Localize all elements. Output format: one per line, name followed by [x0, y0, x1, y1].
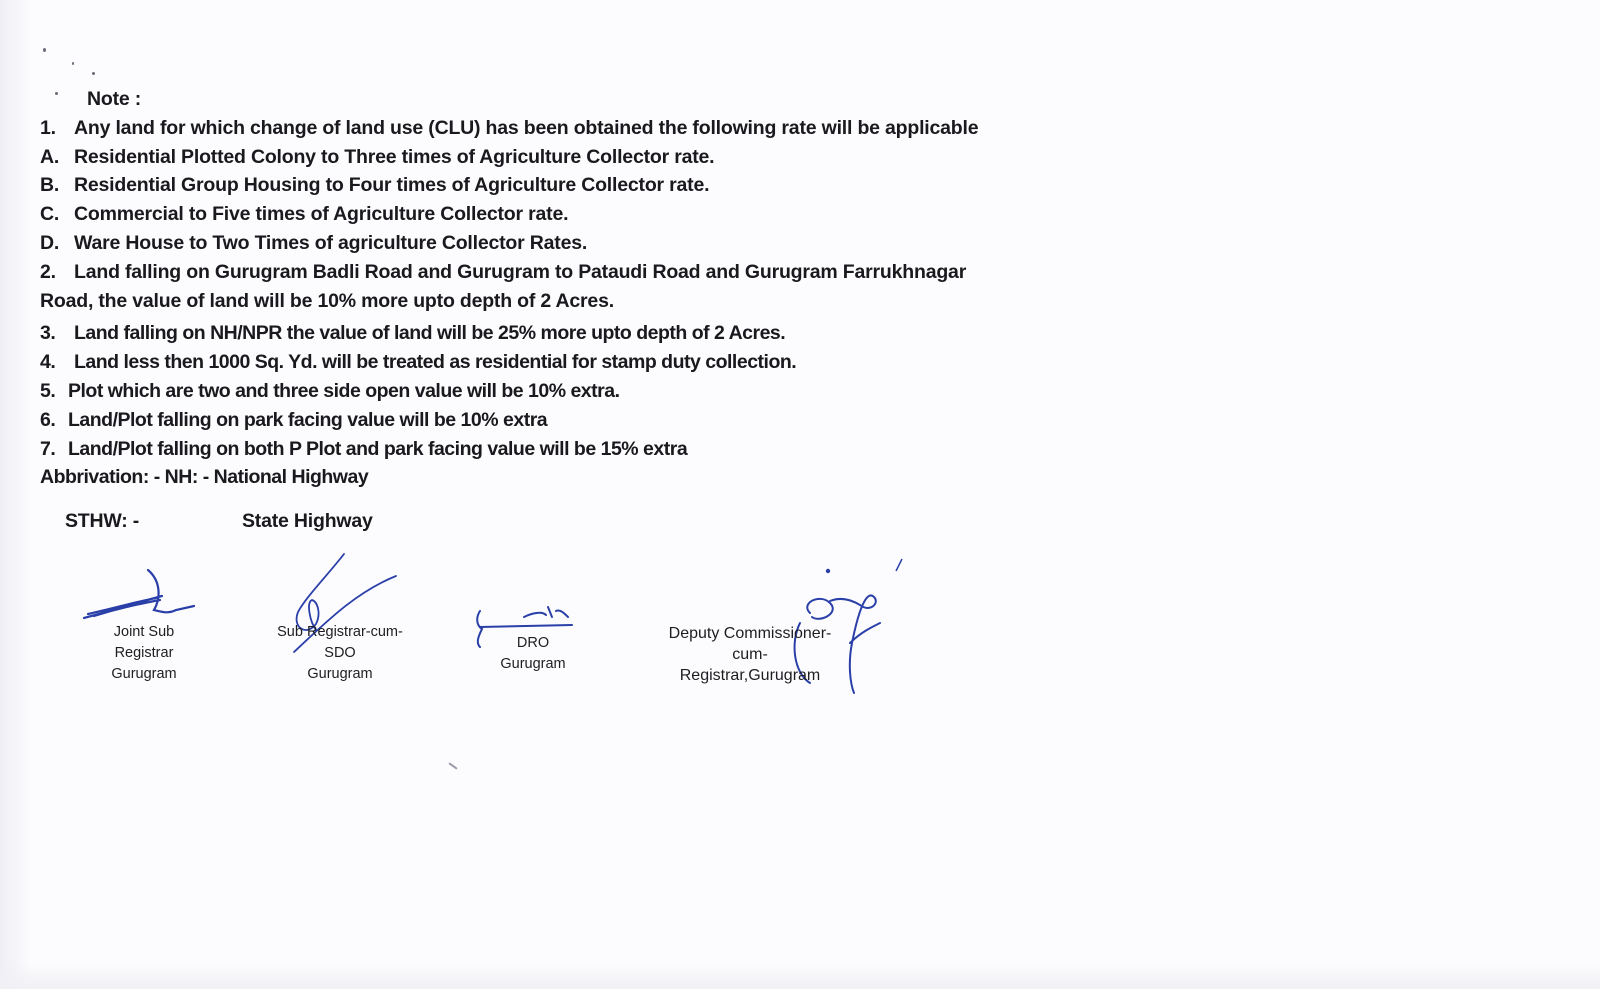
sthw-value: State Highway — [242, 510, 373, 533]
signatory-dro: DRO Gurugram — [478, 633, 588, 675]
scan-speck — [43, 48, 46, 52]
item-text: Plot which are two and three side open v… — [68, 380, 620, 402]
note-item-7: 7.Land/Plot falling on both P Plot and p… — [40, 438, 687, 461]
note-item-1: 1.Any land for which change of land use … — [40, 117, 978, 140]
item-marker: A. — [40, 146, 74, 169]
item-marker: 3. — [40, 322, 74, 345]
item-marker: 1. — [40, 117, 74, 140]
scan-bottom-shadow — [0, 964, 1600, 989]
note-item-2: 2.Land falling on Gurugram Badli Road an… — [40, 261, 966, 284]
note-item-c: C.Commercial to Five times of Agricultur… — [40, 203, 568, 226]
item-text: Road, the value of land will be 10% more… — [40, 290, 614, 312]
item-marker: C. — [40, 203, 74, 226]
item-text: Residential Group Housing to Four times … — [74, 174, 709, 196]
item-marker: 5. — [40, 380, 68, 403]
signatory-joint-sub-registrar: Joint Sub Registrar Gurugram — [84, 622, 204, 685]
abbreviation-line: Abbrivation: - NH: - National Highway — [40, 466, 368, 489]
note-heading: Note : — [87, 88, 141, 111]
item-marker: B. — [40, 174, 74, 197]
scan-speck — [448, 762, 457, 769]
signatory-title: DRO Gurugram — [478, 633, 588, 675]
sthw-key: STHW: - — [65, 510, 139, 533]
item-text: Land less then 1000 Sq. Yd. will be trea… — [74, 351, 796, 373]
item-marker: 6. — [40, 409, 68, 432]
item-text: Land/Plot falling on park facing value w… — [68, 409, 547, 431]
signatory-title: Deputy Commissioner- cum- Registrar,Guru… — [650, 623, 850, 686]
note-item-a: A.Residential Plotted Colony to Three ti… — [40, 146, 714, 169]
note-item-b: B.Residential Group Housing to Four time… — [40, 174, 709, 197]
item-text: Land falling on Gurugram Badli Road and … — [74, 261, 966, 283]
item-marker: 7. — [40, 438, 68, 461]
scan-edge-shadow — [0, 0, 30, 989]
item-text: Any land for which change of land use (C… — [74, 117, 978, 139]
signatory-sub-registrar-sdo: Sub Registrar-cum- SDO Gurugram — [266, 622, 414, 685]
item-marker: 4. — [40, 351, 74, 374]
signatory-deputy-commissioner: Deputy Commissioner- cum- Registrar,Guru… — [650, 623, 850, 686]
item-text: Commercial to Five times of Agriculture … — [74, 203, 568, 225]
note-item-d: D.Ware House to Two Times of agriculture… — [40, 232, 587, 255]
signatory-title: Joint Sub Registrar Gurugram — [84, 622, 204, 685]
signature-mark — [84, 570, 204, 630]
item-text: Ware House to Two Times of agriculture C… — [74, 232, 587, 254]
item-text: Land falling on NH/NPR the value of land… — [74, 322, 785, 344]
item-marker: D. — [40, 232, 74, 255]
item-text: Land/Plot falling on both P Plot and par… — [68, 438, 687, 460]
note-item-2-continued: Road, the value of land will be 10% more… — [40, 290, 614, 313]
signatory-title: Sub Registrar-cum- SDO Gurugram — [266, 622, 414, 685]
scan-speck — [72, 62, 74, 65]
note-item-4: 4.Land less then 1000 Sq. Yd. will be tr… — [40, 351, 796, 374]
scan-speck — [55, 92, 58, 95]
note-item-6: 6.Land/Plot falling on park facing value… — [40, 409, 547, 432]
scan-speck — [92, 72, 95, 75]
note-item-3: 3.Land falling on NH/NPR the value of la… — [40, 322, 785, 345]
note-item-5: 5.Plot which are two and three side open… — [40, 380, 620, 403]
item-marker: 2. — [40, 261, 74, 284]
item-text: Residential Plotted Colony to Three time… — [74, 146, 714, 168]
